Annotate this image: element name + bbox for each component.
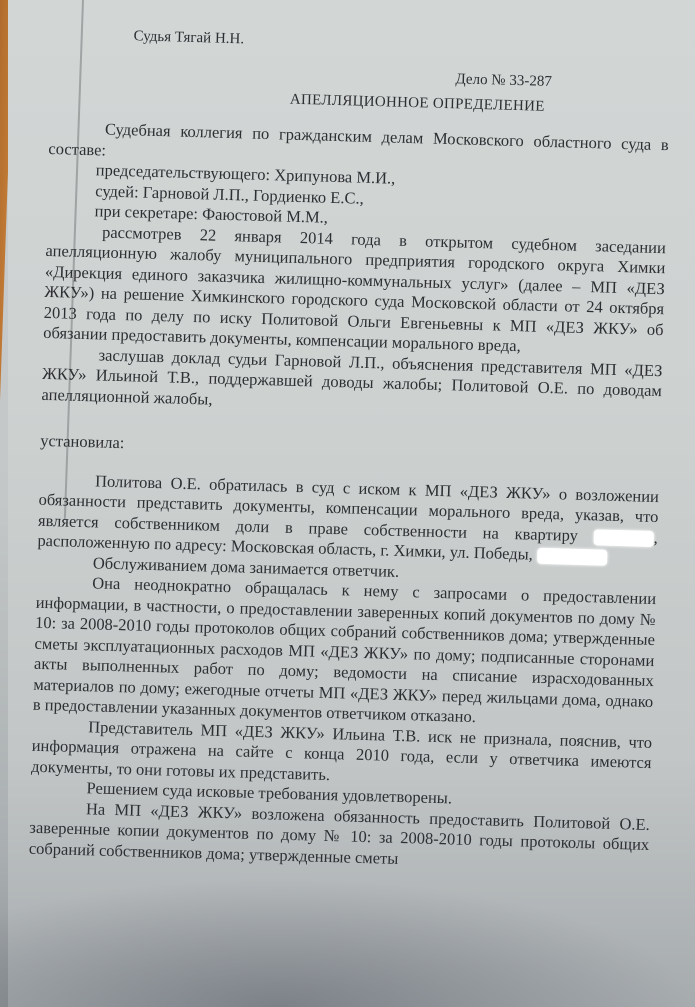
- redacted-address: [537, 548, 607, 566]
- photo-shadow: [0, 877, 695, 1007]
- considered-paragraph: рассмотрев 22 января 2014 года в открыто…: [43, 220, 666, 360]
- redacted-apartment: [593, 529, 653, 547]
- established-heading: установила:: [40, 431, 660, 469]
- requests-paragraph: Она неоднократно обращалась к нему с зап…: [33, 572, 657, 733]
- judge-name: Судья Тягай Н.Н.: [133, 26, 244, 50]
- case-number: Дело № 33-287: [455, 69, 552, 92]
- document-body: Судебная коллегия по гражданским делам М…: [29, 118, 669, 876]
